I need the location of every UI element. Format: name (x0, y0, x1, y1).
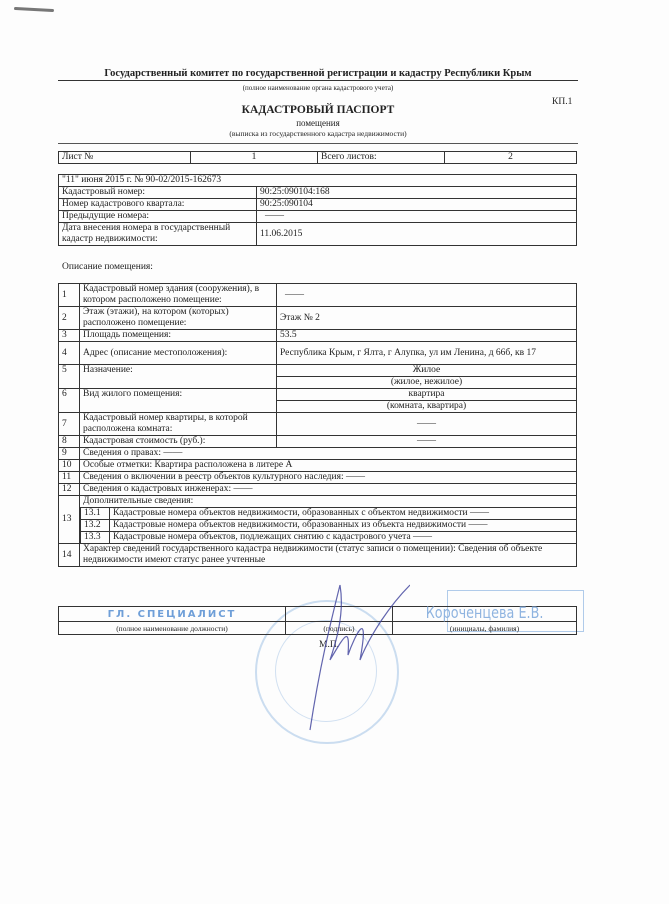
table-row: 4 Адрес (описание местоположения): Респу… (59, 342, 577, 365)
table-row: 7 Кадастровый номер квартиры, в которой … (59, 413, 577, 436)
name-stamp: Короченцева Е.В. (426, 607, 544, 618)
table-row: 6 Вид жилого помещения: квартира (59, 389, 577, 401)
reg-value: 90:25:090104:168 (257, 187, 577, 199)
reg-value: —— (257, 211, 577, 223)
reg-value: 11.06.2015 (257, 223, 577, 246)
registration-date-number: "11" июня 2015 г. № 90-02/2015-162673 (59, 175, 577, 187)
additional-info-table: 13.1 Кадастровые номера объектов недвижи… (80, 507, 576, 543)
sheet-value: 1 (191, 152, 318, 164)
total-sheets-value: 2 (445, 152, 577, 164)
total-sheets-label: Всего листов: (318, 152, 445, 164)
organization-caption: (полное наименование органа кадастрового… (58, 84, 578, 92)
table-row: 9 Сведения о правах: —— (59, 448, 577, 460)
reg-label: Номер кадастрового квартала: (59, 199, 257, 211)
document-subtitle: помещения (58, 118, 578, 128)
organization-name: Государственный комитет по государственн… (58, 68, 578, 81)
reg-value: 90:25:090104 (257, 199, 577, 211)
table-row: 10 Особые отметки: Квартира расположена … (59, 460, 577, 472)
registration-table: "11" июня 2015 г. № 90-02/2015-162673 Ка… (58, 174, 577, 246)
name-caption: (инициалы, фамилия) (393, 622, 577, 635)
document-title: КАДАСТРОВЫЙ ПАСПОРТ (58, 104, 578, 116)
position-caption: (полное наименование должности) (59, 622, 286, 635)
document-subcaption: (выписка из государственного кадастра не… (58, 129, 578, 138)
divider (58, 143, 578, 144)
table-row: 1 Кадастровый номер здания (сооружения),… (59, 284, 577, 307)
table-row: 14 Характер сведений государственного ка… (59, 544, 577, 567)
table-row: 2 Этаж (этажи), на котором (которых) рас… (59, 307, 577, 330)
sheet-table: Лист № 1 Всего листов: 2 (58, 151, 577, 164)
handwritten-signature-icon (300, 565, 410, 735)
table-row: 5 Назначение: Жилое (59, 365, 577, 377)
reg-label: Кадастровый номер: (59, 187, 257, 199)
reg-label: Дата внесения номера в государственный к… (59, 223, 257, 246)
description-label: Описание помещения: (62, 262, 153, 272)
table-row: 8 Кадастровая стоимость (руб.): —— (59, 436, 577, 448)
table-row: 11 Сведения о включении в реестр объекто… (59, 472, 577, 484)
sheet-label: Лист № (59, 152, 191, 164)
table-row: 13 Дополнительные сведения: 13.1 Кадастр… (59, 496, 577, 544)
description-table: 1 Кадастровый номер здания (сооружения),… (58, 283, 577, 567)
table-row: 3 Площадь помещения: 53.5 (59, 330, 577, 342)
table-row: 12 Сведения о кадастровых инженерах: —— (59, 484, 577, 496)
reg-label: Предыдущие номера: (59, 211, 257, 223)
position-stamp: ГЛ. СПЕЦИАЛИСТ (108, 609, 237, 620)
scan-mark (14, 7, 54, 12)
